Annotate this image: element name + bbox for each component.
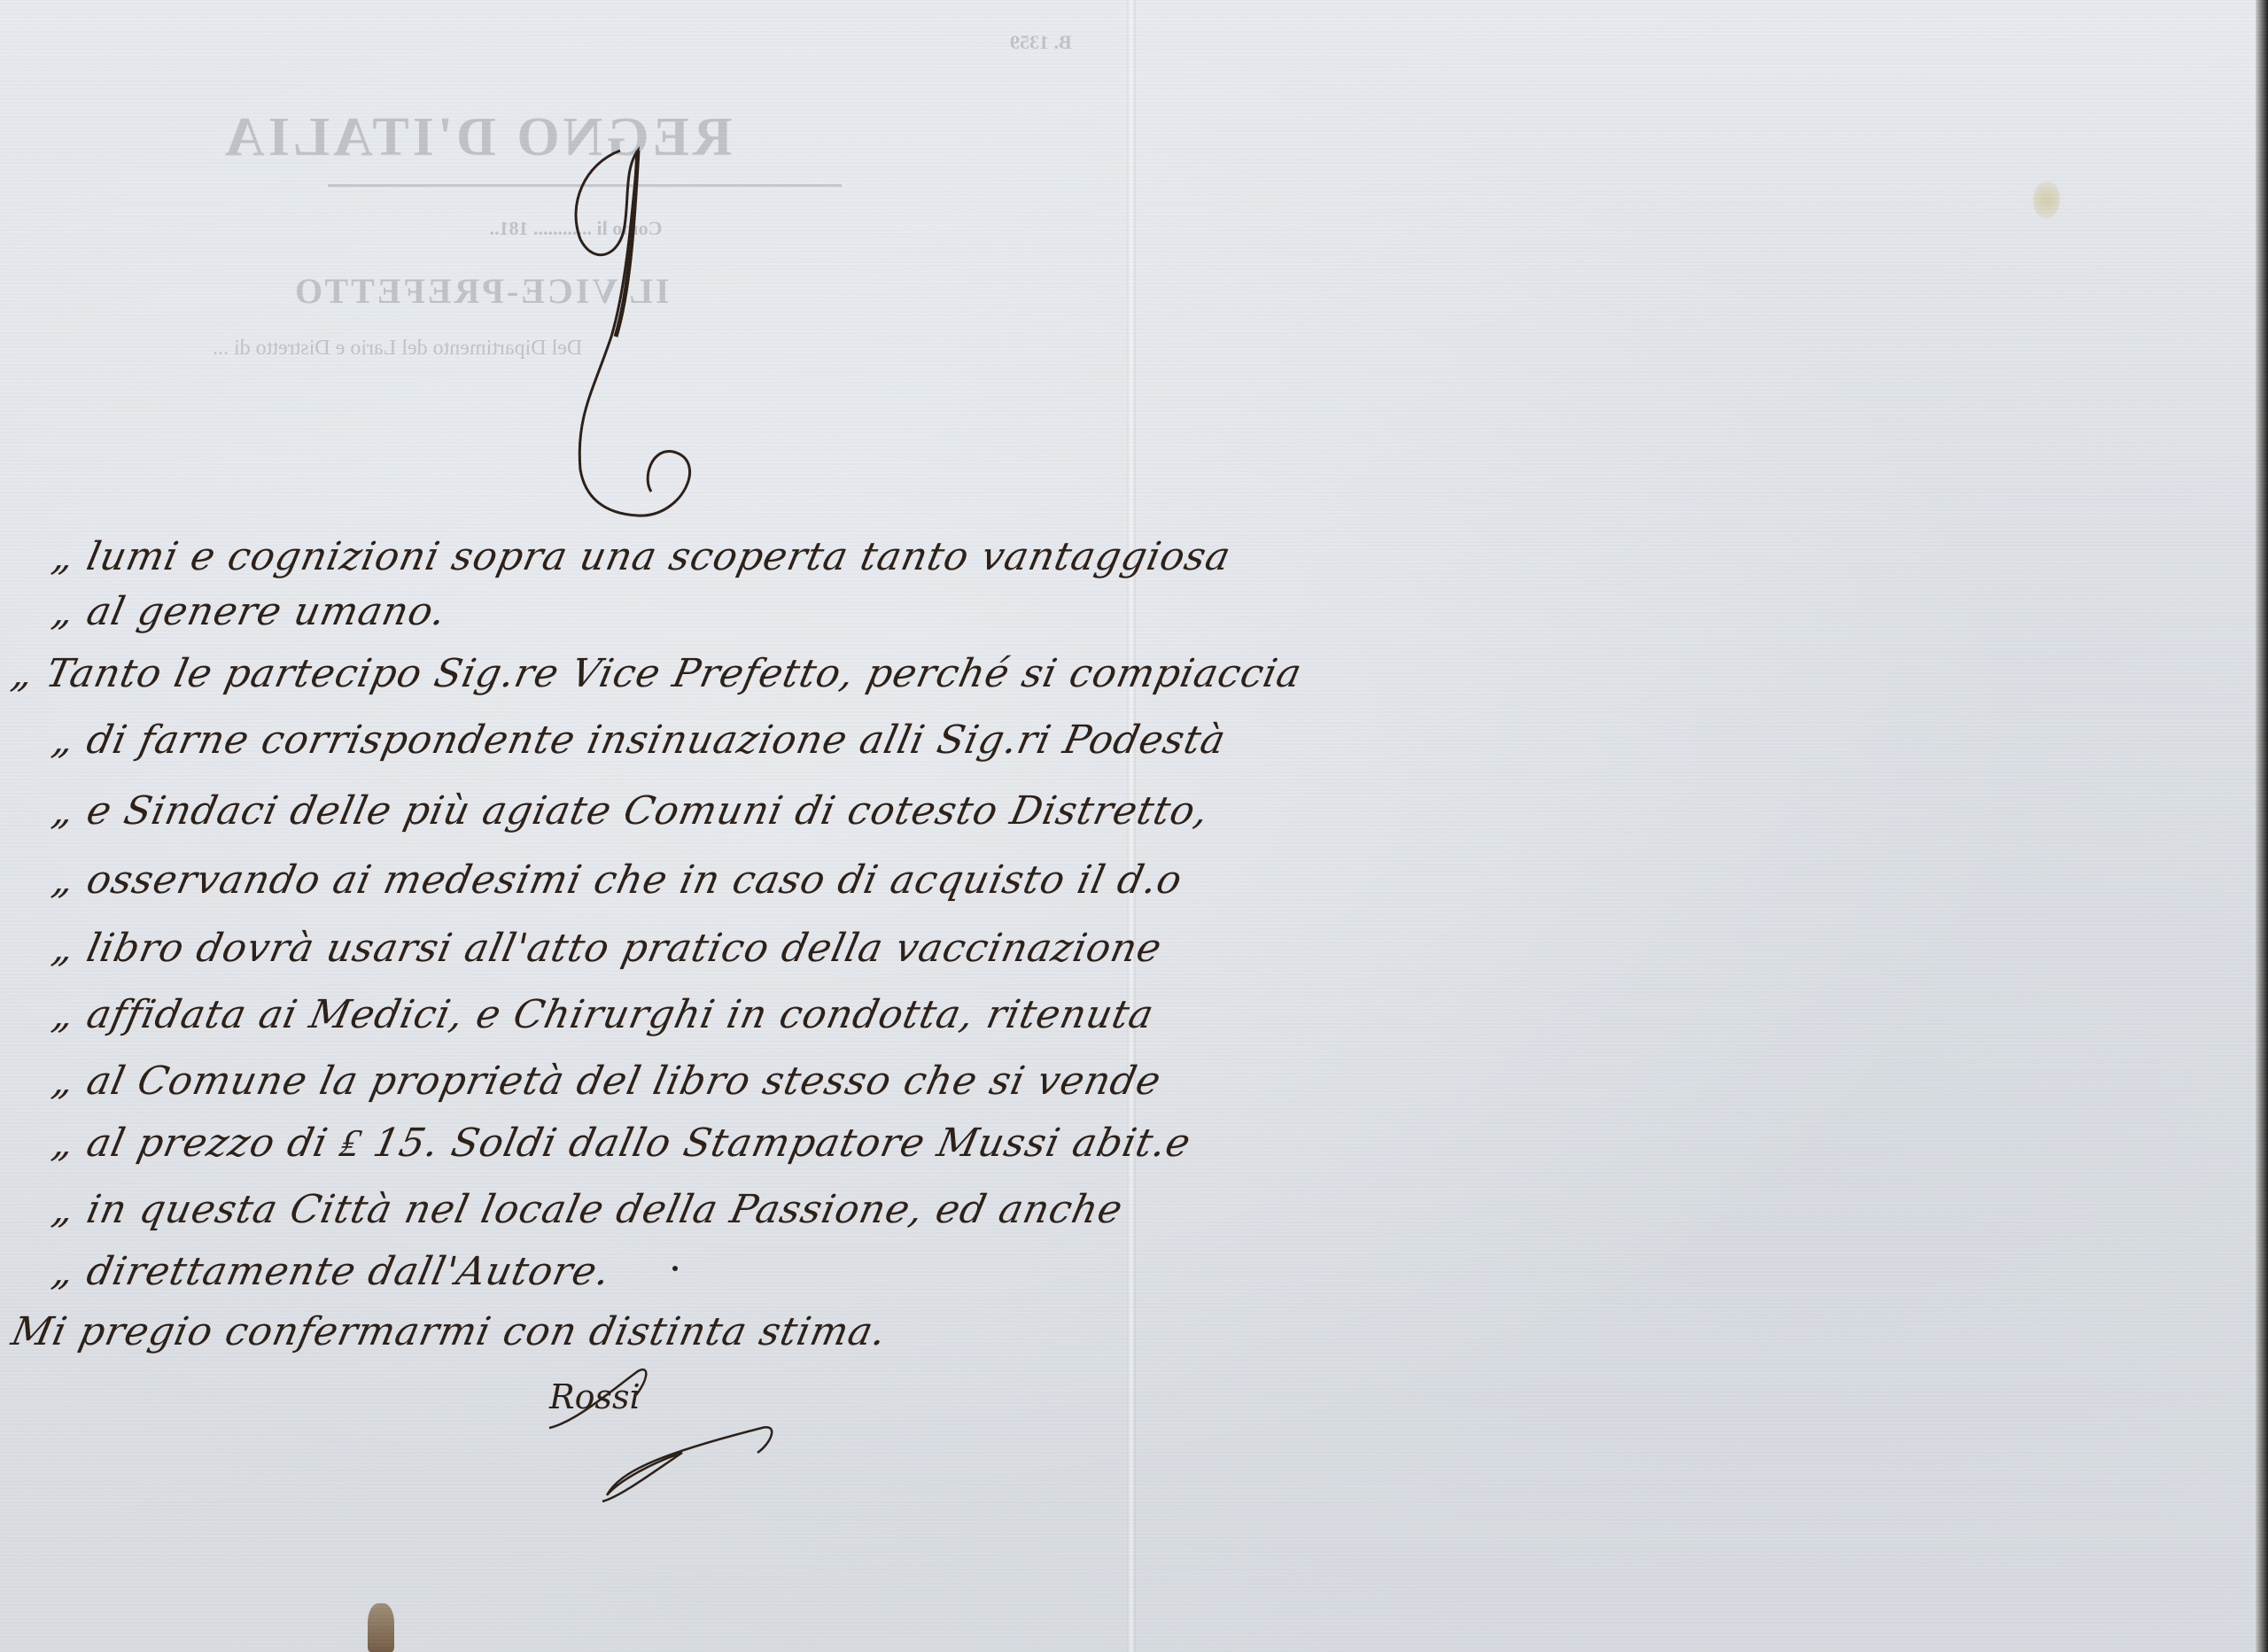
letter-line-11: „ in questa Città nel locale della Passi… bbox=[49, 1187, 1128, 1232]
letter-line-7: „ libro dovrà usarsi all'atto pratico de… bbox=[49, 926, 1167, 971]
document-page: B. 1359 REGNO D'ITALIA Como li .........… bbox=[0, 0, 2268, 1652]
letter-line-6: „ osservando ai medesimi che in caso di … bbox=[49, 857, 1187, 903]
letter-line-2: „ al genere umano. bbox=[49, 589, 451, 634]
letter-line-4: „ di farne corrispondente insinuazione a… bbox=[49, 717, 1231, 763]
letter-line-3: „ Tanto le partecipo Sig.re Vice Prefett… bbox=[8, 651, 1307, 696]
letter-line-9: „ al Comune la proprietà del libro stess… bbox=[49, 1059, 1166, 1104]
letter-line-1: „ lumi e cognizioni sopra una scoperta t… bbox=[49, 534, 1235, 579]
signature: Rossi bbox=[549, 1377, 641, 1416]
letter-line-5: „ e Sindaci delle più agiate Comuni di c… bbox=[49, 788, 1214, 834]
letter-closing: Mi pregio confermarmi con distinta stima… bbox=[8, 1309, 891, 1354]
letter-line-10: „ al prezzo di ₤ 15. Soldi dallo Stampat… bbox=[49, 1121, 1195, 1166]
letter-line-12: „ direttamente dall'Autore. bbox=[49, 1249, 615, 1294]
letter-line-8: „ affidata ai Medici, e Chirurghi in con… bbox=[49, 992, 1159, 1037]
